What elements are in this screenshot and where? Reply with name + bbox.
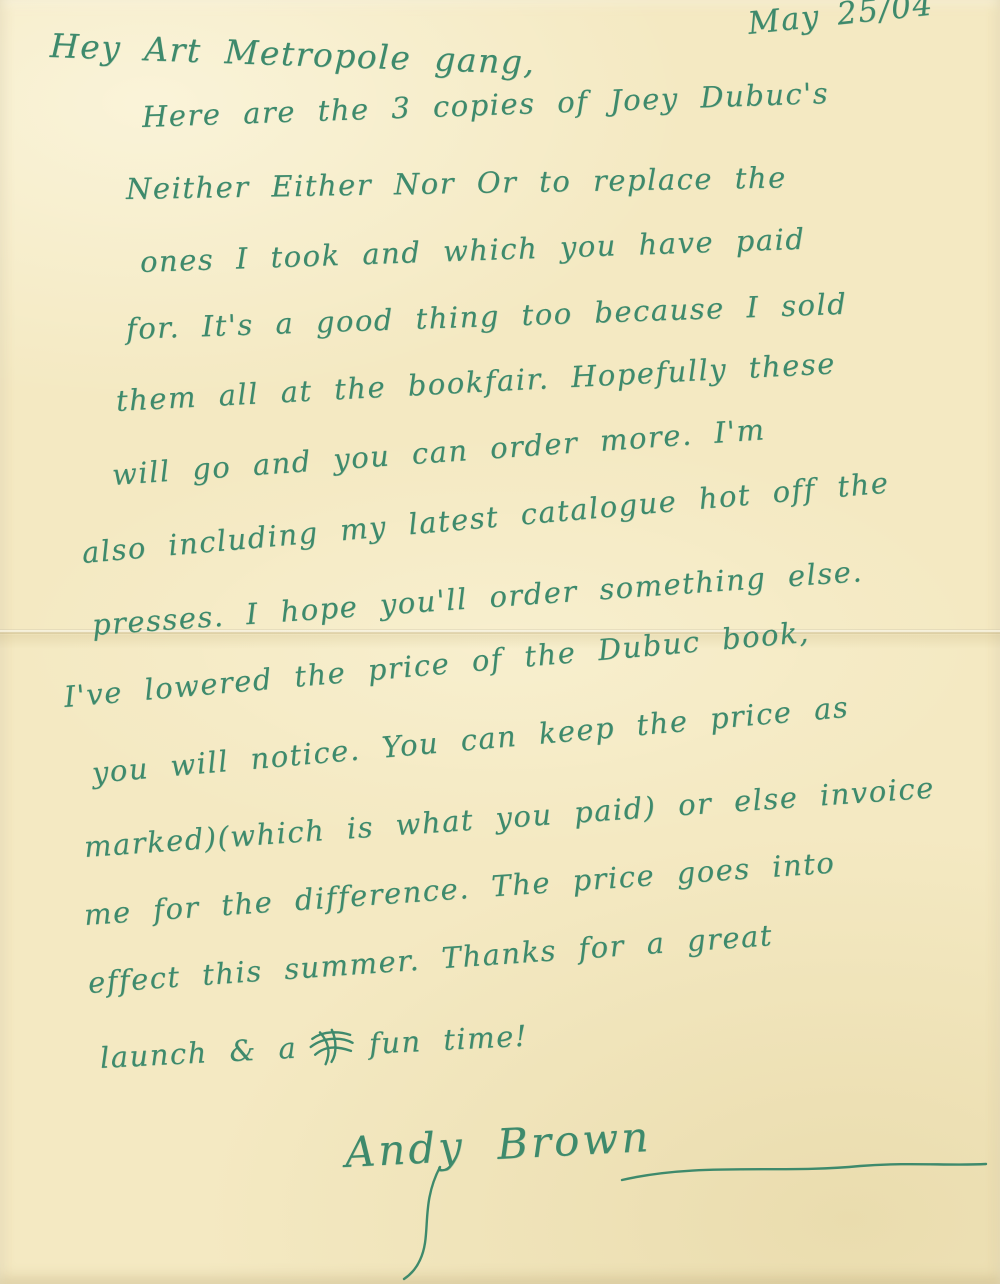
closing-text-after: fun time! bbox=[368, 1019, 529, 1061]
letter-line: ones I took and which you have paid bbox=[139, 222, 806, 279]
letter-line: for. It's a good thing too because I sol… bbox=[125, 287, 847, 346]
letter-closing-line: launch & a fun time! bbox=[99, 1014, 529, 1080]
scribbled-out-word bbox=[306, 1022, 360, 1069]
closing-text-before: launch & a bbox=[99, 1031, 298, 1075]
letter-line: effect this summer. Thanks for a great bbox=[87, 918, 774, 1000]
signature-descender bbox=[380, 1165, 460, 1283]
letter-line: Neither Either Nor Or to replace the bbox=[126, 160, 787, 206]
letter-line: me for the difference. The price goes in… bbox=[83, 846, 836, 932]
letter-line: Here are the 3 copies of Joey Dubuc's bbox=[141, 76, 829, 134]
signature-flourish bbox=[620, 1140, 1000, 1200]
letter-date: May 25/04 bbox=[746, 0, 935, 42]
letter-line: you will notice. You can keep the price … bbox=[91, 690, 851, 790]
letter-line: will go and you can order more. I'm bbox=[111, 412, 767, 492]
letter-line: them all at the bookfair. Hopefully thes… bbox=[115, 346, 836, 418]
letter-greeting: Hey Art Metropole gang, bbox=[49, 26, 536, 82]
signature: Andy Brown bbox=[344, 1112, 653, 1177]
letter-paper: May 25/04 Hey Art Metropole gang, Here a… bbox=[0, 0, 1000, 1284]
